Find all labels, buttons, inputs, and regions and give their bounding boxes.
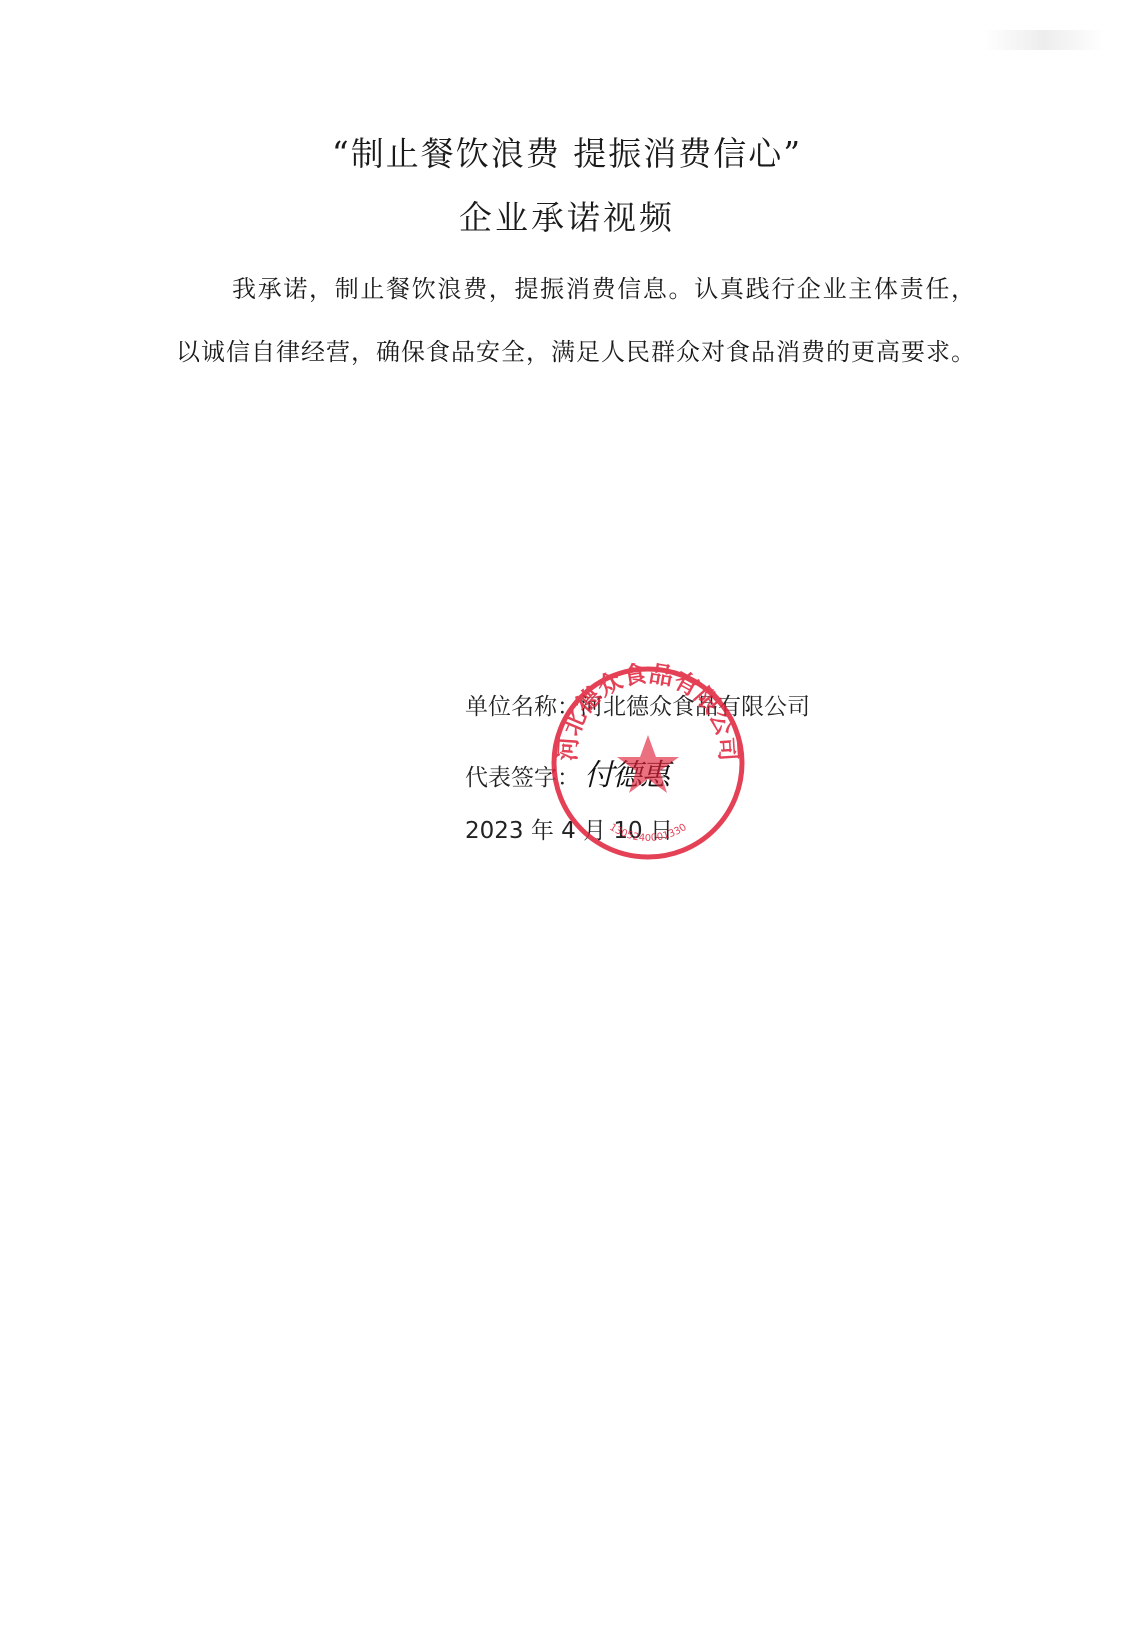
unit-name-label: 单位名称： <box>465 694 580 720</box>
document-title: “制止餐饮浪费 提振消费信心” <box>0 128 1134 175</box>
scan-artifact <box>984 30 1104 50</box>
unit-name-value: 河北德众食品有限公司 <box>580 694 810 720</box>
representative-line: 代表签字：付德惠 <box>465 750 668 794</box>
pledge-body-text: 我承诺，制止餐饮浪费，提振消费信息。认真践行企业主体责任，以诚信自律经营，确保食… <box>176 258 976 384</box>
representative-label: 代表签字： <box>465 765 580 791</box>
handwritten-signature: 付德惠 <box>584 758 668 793</box>
unit-name-line: 单位名称：河北德众食品有限公司 <box>465 688 810 721</box>
document-subtitle: 企业承诺视频 <box>0 192 1134 239</box>
date-line: 2023 年 4 月 10 日 <box>465 812 673 845</box>
